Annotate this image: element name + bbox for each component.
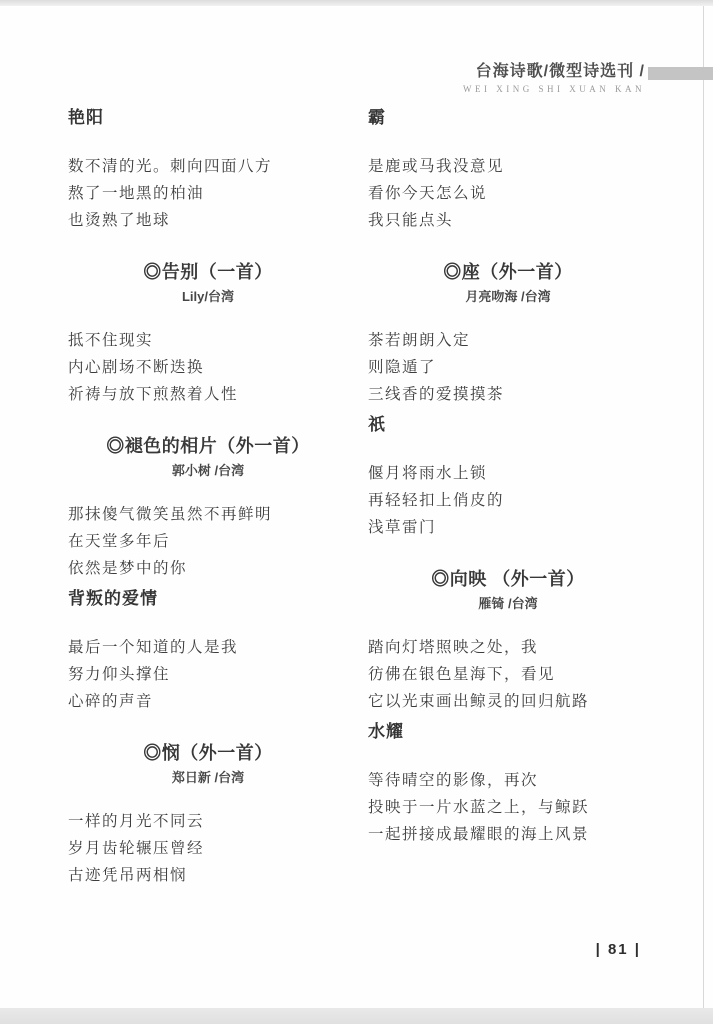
section-heading: ◎座（外一首） — [368, 260, 648, 284]
poem-line: 踏向灯塔照映之处，我 — [368, 634, 648, 661]
section-heading: ◎向映 （外一首） — [368, 567, 648, 591]
poem-block: 祇偃月将雨水上锁再轻轻扣上俏皮的浅草雷门 — [368, 414, 648, 541]
section-author: 雁锜 /台湾 — [368, 594, 648, 614]
poem-line: 心碎的声音 — [68, 688, 348, 715]
poem-line: 数不清的光。刺向四面八方 — [68, 153, 348, 180]
poem-line: 一样的月光不同云 — [68, 808, 348, 835]
poem-section: ◎座（外一首）月亮吻海 /台湾茶若朗朗入定则隐遁了三线香的爱摸摸茶 — [368, 260, 648, 408]
poem-block: 水耀等待晴空的影像，再次投映于一片水蓝之上，与鲸跃一起拼接成最耀眼的海上风景 — [368, 721, 648, 848]
journal-title-main: 台海诗歌 — [476, 63, 544, 80]
poem-line: 古迹凭吊两相悯 — [68, 862, 348, 889]
section-author: 月亮吻海 /台湾 — [368, 287, 648, 307]
poem-line: 三线香的爱摸摸茶 — [368, 381, 648, 408]
poem-line: 祈祷与放下煎熬着人性 — [68, 381, 348, 408]
poem-column-left: 艳阳数不清的光。刺向四面八方熬了一地黑的柏油也烫熟了地球◎告别（一首）Lily/… — [68, 100, 348, 889]
page-bottom-edge — [0, 1008, 713, 1024]
section-heading: ◎褪色的相片（外一首） — [68, 434, 348, 458]
section-author: 郭小树 /台湾 — [68, 461, 348, 481]
page-number: | 81 | — [596, 941, 641, 958]
poem-line: 看你今天怎么说 — [368, 180, 648, 207]
poem-section: ◎悯（外一首）郑日新 /台湾一样的月光不同云岁月齿轮辗压曾经古迹凭吊两相悯 — [68, 741, 348, 889]
poem-line: 岁月齿轮辗压曾经 — [68, 835, 348, 862]
poem-line: 我只能点头 — [368, 207, 648, 234]
journal-page: 台海诗歌/微型诗选刊 / WEI XING SHI XUAN KAN 艳阳数不清… — [0, 0, 713, 1024]
poem-title: 艳阳 — [68, 107, 348, 129]
journal-title-sub: /微型诗选刊 / — [544, 63, 645, 80]
poem-line: 一起拼接成最耀眼的海上风景 — [368, 821, 648, 848]
poem-line: 它以光束画出鲸灵的回归航路 — [368, 688, 648, 715]
section-heading: ◎告别（一首） — [68, 260, 348, 284]
poem-line: 偃月将雨水上锁 — [368, 460, 648, 487]
poem-title: 霸 — [368, 107, 648, 129]
poem-block: 艳阳数不清的光。刺向四面八方熬了一地黑的柏油也烫熟了地球 — [68, 107, 348, 234]
poem-line: 再轻轻扣上俏皮的 — [368, 487, 648, 514]
page-right-rule — [703, 6, 704, 1008]
section-author: Lily/台湾 — [68, 287, 348, 307]
poem-section: ◎褪色的相片（外一首）郭小树 /台湾那抹傻气微笑虽然不再鲜明在天堂多年后依然是梦… — [68, 434, 348, 582]
header-accent-bar — [648, 67, 713, 80]
poem-line: 彷佛在银色星海下，看见 — [368, 661, 648, 688]
poem-line: 那抹傻气微笑虽然不再鲜明 — [68, 501, 348, 528]
poem-section: ◎告别（一首）Lily/台湾抵不住现实内心剧场不断迭换祈祷与放下煎熬着人性 — [68, 260, 348, 408]
poem-line: 抵不住现实 — [68, 327, 348, 354]
poem-line: 努力仰头撑住 — [68, 661, 348, 688]
journal-title-romanized: WEI XING SHI XUAN KAN — [463, 84, 645, 94]
page-top-edge — [0, 0, 713, 6]
poem-title: 水耀 — [368, 721, 648, 743]
poem-line: 内心剧场不断迭换 — [68, 354, 348, 381]
poem-block: 背叛的爱情最后一个知道的人是我努力仰头撑住心碎的声音 — [68, 588, 348, 715]
page-header: 台海诗歌/微型诗选刊 / WEI XING SHI XUAN KAN — [463, 58, 645, 94]
poem-block: 霸是鹿或马我没意见看你今天怎么说我只能点头 — [368, 107, 648, 234]
journal-title: 台海诗歌/微型诗选刊 / — [463, 58, 645, 81]
poem-title: 祇 — [368, 414, 648, 436]
poem-line: 熬了一地黑的柏油 — [68, 180, 348, 207]
poem-line: 是鹿或马我没意见 — [368, 153, 648, 180]
poem-line: 也烫熟了地球 — [68, 207, 348, 234]
poem-line: 依然是梦中的你 — [68, 555, 348, 582]
section-author: 郑日新 /台湾 — [68, 768, 348, 788]
poem-column-right: 霸是鹿或马我没意见看你今天怎么说我只能点头◎座（外一首）月亮吻海 /台湾茶若朗朗… — [368, 100, 648, 848]
poem-section: ◎向映 （外一首）雁锜 /台湾踏向灯塔照映之处，我彷佛在银色星海下，看见它以光束… — [368, 567, 648, 715]
poem-line: 等待晴空的影像，再次 — [368, 767, 648, 794]
poem-title: 背叛的爱情 — [68, 588, 348, 610]
poem-line: 在天堂多年后 — [68, 528, 348, 555]
poem-line: 最后一个知道的人是我 — [68, 634, 348, 661]
poem-line: 茶若朗朗入定 — [368, 327, 648, 354]
section-heading: ◎悯（外一首） — [68, 741, 348, 765]
poem-line: 投映于一片水蓝之上，与鲸跃 — [368, 794, 648, 821]
poem-line: 则隐遁了 — [368, 354, 648, 381]
poem-line: 浅草雷门 — [368, 514, 648, 541]
